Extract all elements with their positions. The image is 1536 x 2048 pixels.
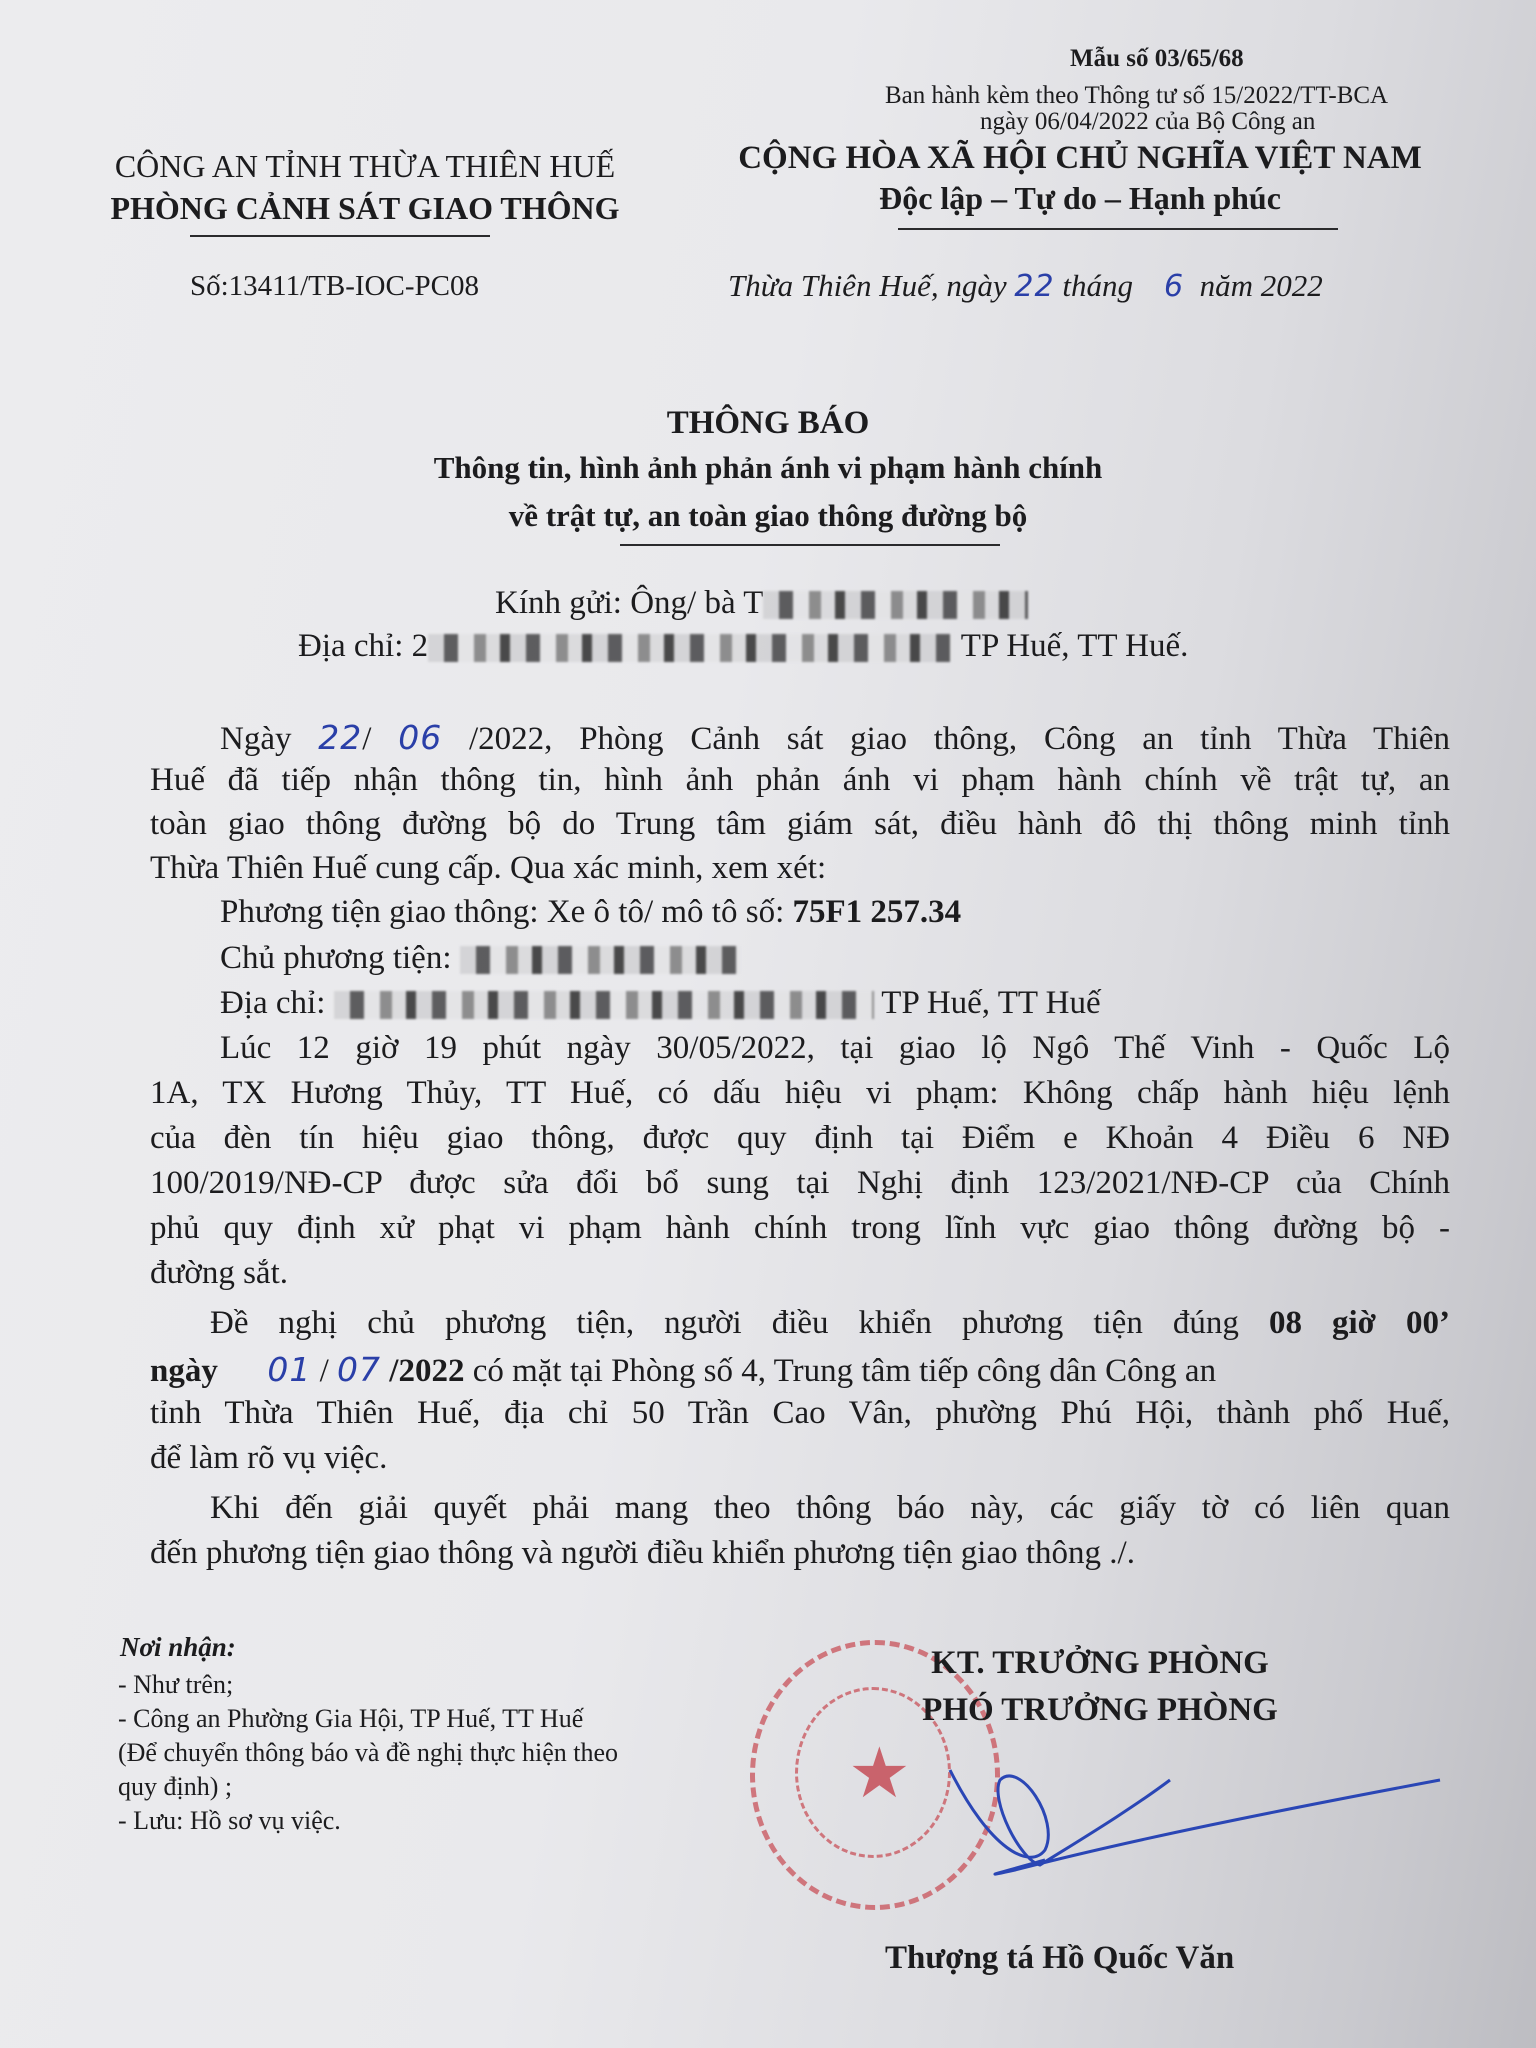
star-icon: ★ <box>848 1740 911 1810</box>
recipient-item: - Như trên; <box>118 1668 618 1702</box>
p3-month: 07 <box>337 1350 381 1389</box>
year-label: năm 2022 <box>1200 268 1323 303</box>
vehicle-plate: 75F1 257.34 <box>793 894 962 930</box>
redacted-name <box>763 591 1028 619</box>
owner-label: Chủ phương tiện: <box>220 940 452 976</box>
document-number: Số:13411/TB-IOC-PC08 <box>190 270 479 303</box>
greeting-text: Kính gửi: Ông/ bà T <box>495 585 763 621</box>
p1-line4: Thừa Thiên Huế cung cấp. Qua xác minh, x… <box>150 850 1450 887</box>
p3-time: 08 giờ 00’ <box>1269 1305 1450 1341</box>
p3-line3: tỉnh Thừa Thiên Huế, địa chỉ 50 Trần Cao… <box>150 1395 1450 1432</box>
nation-motto: Độc lập – Tự do – Hạnh phúc <box>700 180 1460 217</box>
owner-line: Chủ phương tiện: <box>220 940 740 977</box>
p3-text: Đề nghị chủ phương tiện, người điều khiể… <box>210 1305 1239 1341</box>
address-suffix: TP Huế, TT Huế. <box>961 628 1189 664</box>
p2-line6: đường sắt. <box>150 1255 1450 1292</box>
p3-line1: Đề nghị chủ phương tiện, người điều khiể… <box>210 1305 1450 1342</box>
recipient-item: (Để chuyển thông báo và đề nghị thực hiệ… <box>118 1736 618 1770</box>
p2-line5: phủ quy định xử phạt vi phạm hành chính … <box>150 1210 1450 1247</box>
p2-line1: Lúc 12 giờ 19 phút ngày 30/05/2022, tại … <box>220 1030 1450 1067</box>
place-date-prefix: Thừa Thiên Huế, ngày <box>728 268 1007 303</box>
p1-rest: /2022, Phòng Cảnh sát giao thông, Công a… <box>469 721 1450 757</box>
p2-line4: 100/2019/NĐ-CP được sửa đổi bổ sung tại … <box>150 1165 1450 1202</box>
recipients-heading: Nơi nhận: <box>120 1632 236 1663</box>
recipient-address: Địa chỉ: 2 TP Huế, TT Huế. <box>298 628 1188 665</box>
vehicle-label: Phương tiện giao thông: Xe ô tô/ mô tô s… <box>220 894 784 930</box>
p4-line1: Khi đến giải quyết phải mang theo thông … <box>210 1490 1450 1527</box>
form-issued-with: Ban hành kèm theo Thông tư số 15/2022/TT… <box>885 82 1388 110</box>
p1-prefix: Ngày <box>220 721 291 757</box>
nation-underline <box>898 228 1338 230</box>
agency-line1: CÔNG AN TỈNH THỪA THIÊN HUẾ <box>60 148 670 185</box>
recipient-item: - Lưu: Hồ sơ vụ việc. <box>118 1804 618 1838</box>
p2-line3: của đèn tín hiệu giao thông, được quy đị… <box>150 1120 1450 1157</box>
date-day: 22 <box>1014 269 1054 304</box>
handwritten-signature <box>930 1720 1450 1900</box>
form-number: Mẫu số 03/65/68 <box>1070 45 1244 73</box>
p1-line2: Huế đã tiếp nhận thông tin, hình ảnh phả… <box>150 762 1450 799</box>
p3-line2: ngày 01 / 07 /2022 có mặt tại Phòng số 4… <box>150 1350 1216 1390</box>
p1-line1: Ngày 22/ 06 /2022, Phòng Cảnh sát giao t… <box>220 718 1450 758</box>
redacted-address <box>428 634 953 662</box>
p3-line4: để làm rõ vụ việc. <box>150 1440 1450 1477</box>
date-month: 6 <box>1164 269 1184 304</box>
p1-day: 22 <box>318 718 362 757</box>
recipient-item: quy định) ; <box>118 1770 618 1804</box>
owner-address-line: Địa chỉ: TP Huế, TT Huế <box>220 985 1101 1022</box>
agency-underline <box>190 235 490 237</box>
signatory-name: Thượng tá Hồ Quốc Văn <box>885 1940 1234 1977</box>
document-subtitle-1: Thông tin, hình ảnh phản ánh vi phạm hàn… <box>0 450 1536 486</box>
redacted-owner <box>460 946 740 974</box>
p3-rest: có mặt tại Phòng số 4, Trung tâm tiếp cô… <box>473 1353 1216 1389</box>
signature-title-1: KT. TRƯỞNG PHÒNG <box>860 1645 1340 1682</box>
redacted-owner-address <box>334 991 874 1019</box>
month-label: tháng <box>1062 268 1133 303</box>
recipient-item: - Công an Phường Gia Hội, TP Huế, TT Huế <box>118 1702 618 1736</box>
place-date: Thừa Thiên Huế, ngày 22 tháng 6 năm 2022 <box>728 268 1323 304</box>
p3-year: /2022 <box>389 1353 464 1389</box>
recipients-list: - Như trên; - Công an Phường Gia Hội, TP… <box>118 1668 618 1838</box>
title-underline <box>620 544 1000 546</box>
p1-month: 06 <box>398 718 442 757</box>
p1-line3: toàn giao thông đường bộ do Trung tâm gi… <box>150 806 1450 843</box>
p2-line2: 1A, TX Hương Thủy, TT Huế, có dấu hiệu v… <box>150 1075 1450 1112</box>
p3-day: 01 <box>267 1350 311 1389</box>
nation-title: CỘNG HÒA XÃ HỘI CHỦ NGHĨA VIỆT NAM <box>700 140 1460 177</box>
vehicle-line: Phương tiện giao thông: Xe ô tô/ mô tô s… <box>220 894 961 931</box>
address-label: Địa chỉ: 2 <box>298 628 428 664</box>
document-subtitle-2: về trật tự, an toàn giao thông đường bộ <box>0 498 1536 534</box>
agency-line2: PHÒNG CẢNH SÁT GIAO THÔNG <box>60 190 670 227</box>
recipient-greeting: Kính gửi: Ông/ bà T <box>495 585 1028 622</box>
p3-date-label: ngày <box>150 1353 218 1389</box>
form-issued-date: ngày 06/04/2022 của Bộ Công an <box>980 108 1315 136</box>
owner-address-label: Địa chỉ: <box>220 985 325 1021</box>
document-title: THÔNG BÁO <box>0 405 1536 442</box>
owner-address-suffix: TP Huế, TT Huế <box>881 985 1100 1021</box>
p4-line2: đến phương tiện giao thông và người điều… <box>150 1535 1450 1572</box>
